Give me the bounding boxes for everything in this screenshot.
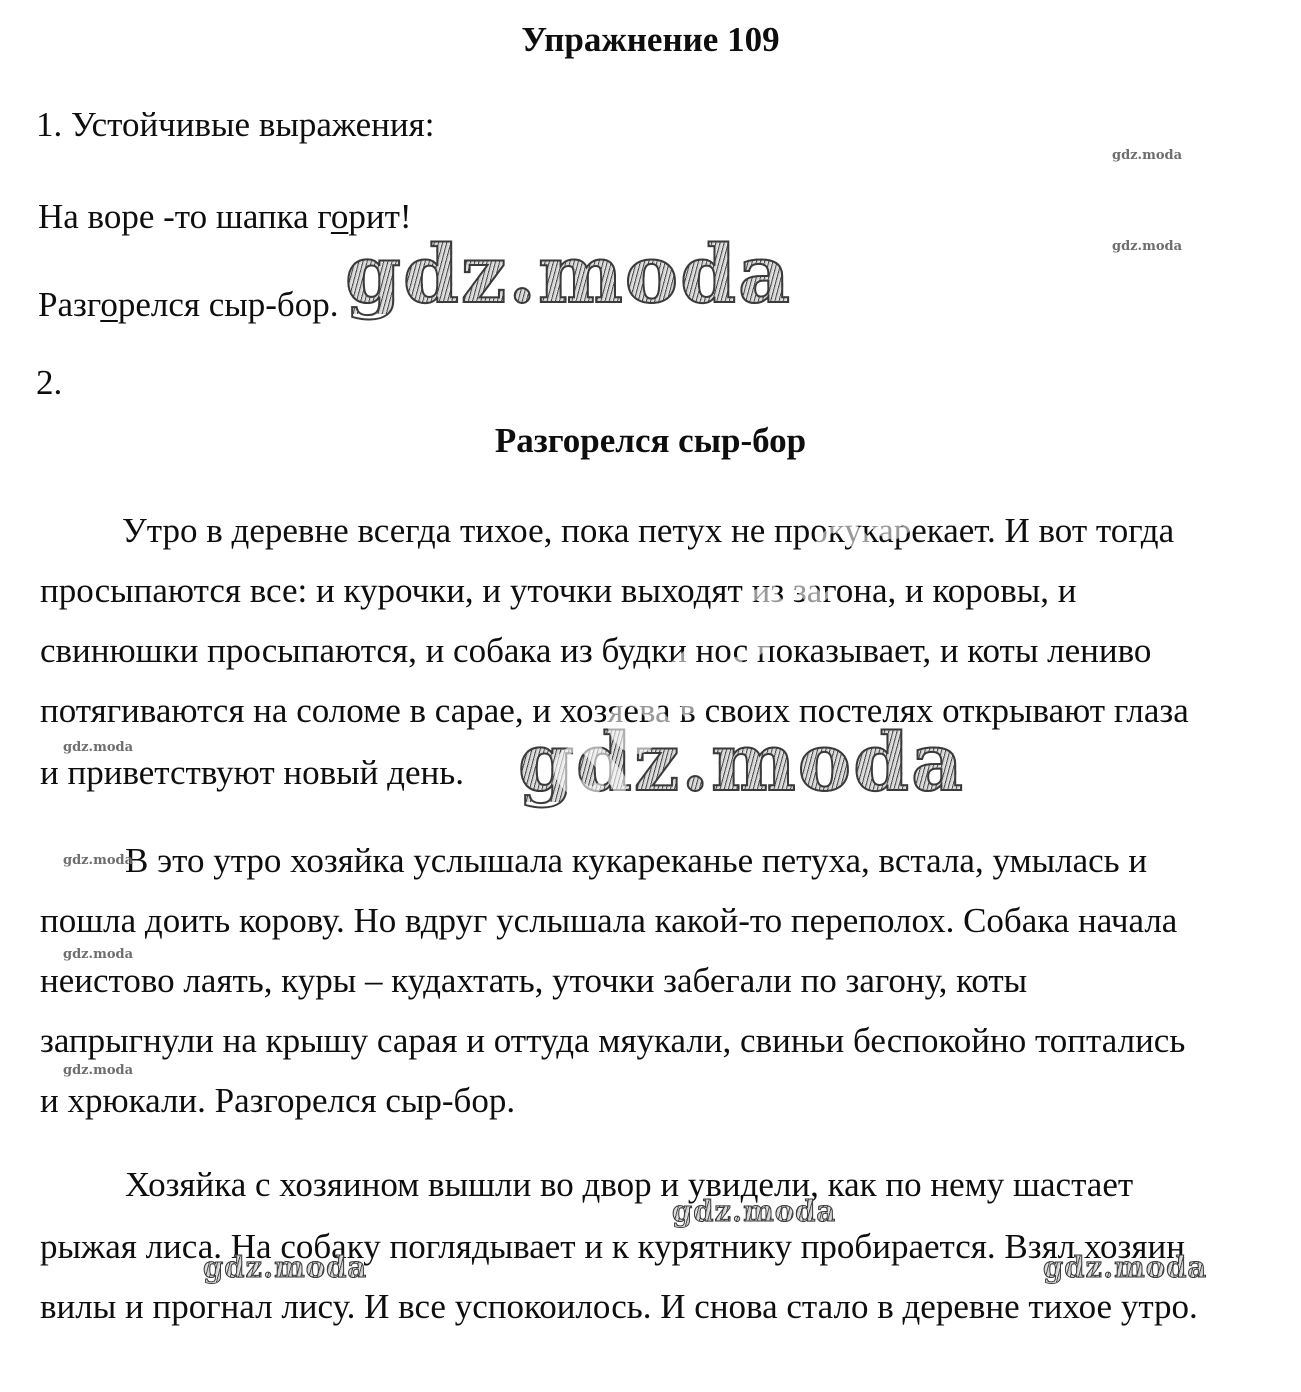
expression-line-2: Разгорелся сыр-бор.: [38, 284, 338, 326]
watermark-gdz-moda-small: gdz.moda: [63, 1064, 133, 1077]
story-title: Разгорелся сыр-бор: [0, 420, 1301, 462]
story-line: просыпаются все: и курочки, и уточки вых…: [40, 570, 1076, 612]
expression-2-post: релся сыр-бор.: [118, 285, 339, 324]
expression-2-underlined-letter: о: [100, 285, 118, 324]
document-page: Упражнение 109 1. Устойчивые выражения: …: [0, 0, 1301, 1392]
story-line: вилы и прогнал лису. И все успокоилось. …: [40, 1286, 1198, 1328]
watermark-gdz-moda-large: gdz.moda: [345, 234, 792, 314]
list-item-1-label: 1. Устойчивые выражения:: [36, 104, 434, 146]
watermark-gdz-moda-small: gdz.moda: [1112, 149, 1182, 162]
story-line: запрыгнули на крышу сарая и оттуда мяука…: [40, 1020, 1185, 1062]
story-line: и приветствуют новый день.: [40, 752, 464, 794]
exercise-title: Упражнение 109: [0, 19, 1301, 61]
expression-1-pre: На воре -то шапка г: [38, 197, 331, 236]
expression-1-post: рит!: [348, 197, 411, 236]
story-line: Хозяйка с хозяином вышли во двор и увиде…: [125, 1164, 1133, 1206]
expression-2-pre: Разг: [38, 285, 100, 324]
story-line: пошла доить корову. Но вдруг услышала ка…: [40, 900, 1177, 942]
list-item-2-label: 2.: [36, 362, 62, 404]
story-line: Утро в деревне всегда тихое, пока петух …: [122, 510, 1174, 552]
story-line: свинюшки просыпаются, и собака из будки …: [40, 630, 1151, 672]
story-line: и хрюкали. Разгорелся сыр-бор.: [40, 1080, 515, 1122]
watermark-gdz-moda-large: gdz.moda: [518, 722, 965, 802]
story-line: В это утро хозяйка услышала кукареканье …: [125, 840, 1147, 882]
watermark-gdz-moda-small: gdz.moda: [63, 854, 133, 867]
watermark-gdz-moda-small: gdz.moda: [1112, 240, 1182, 253]
expression-line-1: На воре -то шапка горит!: [38, 196, 412, 238]
story-line: рыжая лиса. На собаку поглядывает и к ку…: [40, 1226, 1185, 1268]
story-line: потягиваются на соломе в сарае, и хозяев…: [40, 690, 1189, 732]
story-line: неистово лаять, куры – кудахтать, уточки…: [40, 960, 1027, 1002]
expression-1-underlined-letter: о: [331, 197, 349, 236]
